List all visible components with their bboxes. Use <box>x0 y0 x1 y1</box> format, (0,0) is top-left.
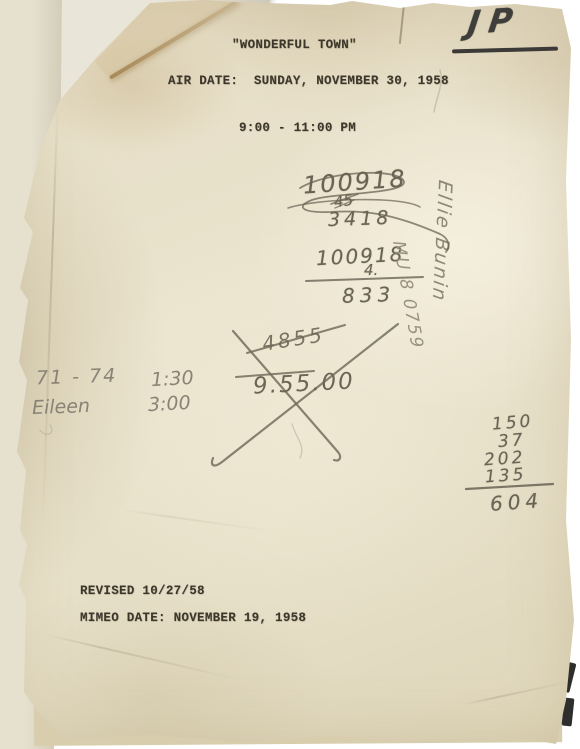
calc-minuend: 100918 <box>302 164 407 199</box>
note-time-2: 3:00 <box>147 392 191 416</box>
contact-name: Ellie Bunin <box>428 179 456 304</box>
mimeo-date-line: MIMEO DATE: NOVEMBER 19, 1958 <box>80 611 306 625</box>
paper-crease <box>463 681 571 706</box>
broadcast-time-line: 9:00 - 11:00 PM <box>239 121 356 135</box>
sum-value-4: 135 <box>484 465 527 488</box>
script-cover-page: "WONDERFUL TOWN" AIR DATE: SUNDAY, NOVEM… <box>0 0 580 749</box>
calc-subtrahend: 3418 <box>328 207 393 231</box>
calc-result: 833 <box>342 282 396 308</box>
note-time-1: 1:30 <box>150 367 194 391</box>
note-name-eileen: Eileen <box>32 395 91 419</box>
note-page-range: 71 - 74 <box>36 365 118 390</box>
calc-divisor: 4. <box>364 261 378 279</box>
initials-underline <box>452 47 558 53</box>
paper-crease <box>41 105 58 535</box>
scanned-script-cover: "WONDERFUL TOWN" AIR DATE: SUNDAY, NOVEM… <box>0 0 580 749</box>
revised-line: REVISED 10/27/58 <box>80 584 205 598</box>
page-title: "WONDERFUL TOWN" <box>232 38 357 52</box>
paper-crack <box>399 2 405 44</box>
crossed-number-bottom: 9.55.00 <box>252 368 355 399</box>
paper-crease <box>44 634 239 681</box>
crossed-number-top: 4855 <box>261 322 327 356</box>
initials-jp: JP <box>465 0 524 42</box>
air-date-line: AIR DATE: SUNDAY, NOVEMBER 30, 1958 <box>168 74 449 88</box>
sum-total: 604 <box>489 488 544 516</box>
paper-crease <box>121 509 280 533</box>
